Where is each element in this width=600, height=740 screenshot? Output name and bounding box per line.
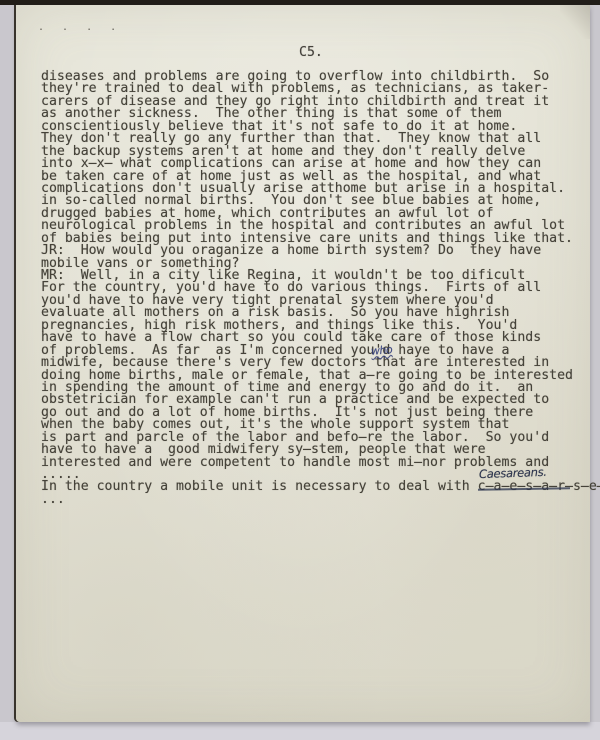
handwritten-insertion-who: who — [370, 344, 392, 358]
typed-lines: diseases and problems are going to overf… — [41, 71, 586, 506]
handwritten-correction-caesareans: Caesareans. — [479, 466, 547, 481]
scanned-photo: . . . . C5. diseases and problems are go… — [0, 0, 600, 740]
backdrop-bottom-surface — [0, 722, 600, 740]
document-page: . . . . C5. diseases and problems are go… — [16, 5, 590, 722]
typed-text: diseases and problems are going to overf… — [41, 71, 586, 506]
folded-corner — [560, 5, 590, 39]
typed-line: ... — [41, 494, 586, 506]
corner-marks: . . . . — [38, 22, 122, 33]
page-number: C5. — [299, 45, 323, 60]
